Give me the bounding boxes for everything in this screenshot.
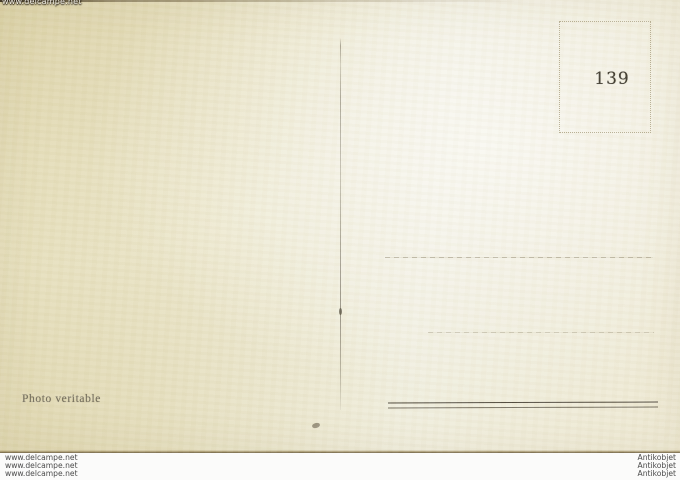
watermark-bottom-right: Antikobjet Antikobjet Antikobjet (638, 454, 676, 478)
watermark-line: www.delcampe.net (5, 470, 78, 478)
address-double-rule (388, 402, 658, 409)
address-line-2 (428, 332, 654, 333)
photo-note-label: Photo veritable (22, 393, 101, 405)
watermark-bottom-left: www.delcampe.net www.delcampe.net www.de… (5, 454, 78, 478)
watermark-strip: www.delcampe.net www.delcampe.net www.de… (0, 453, 680, 480)
postcard-scan: www.delcampe.net 139 Photo veritable www… (0, 0, 680, 480)
postcard-back: www.delcampe.net 139 Photo veritable (0, 0, 680, 453)
watermark-line: Antikobjet (638, 470, 676, 478)
divider-ink-blob (339, 308, 342, 315)
card-top-edge (0, 0, 680, 2)
center-divider-line (340, 38, 341, 410)
stamp-number: 139 (594, 69, 629, 89)
stamp-box: 139 (559, 21, 651, 133)
watermark-top-left: www.delcampe.net (2, 0, 82, 6)
address-line-1 (385, 257, 653, 258)
ink-speck (311, 422, 320, 429)
